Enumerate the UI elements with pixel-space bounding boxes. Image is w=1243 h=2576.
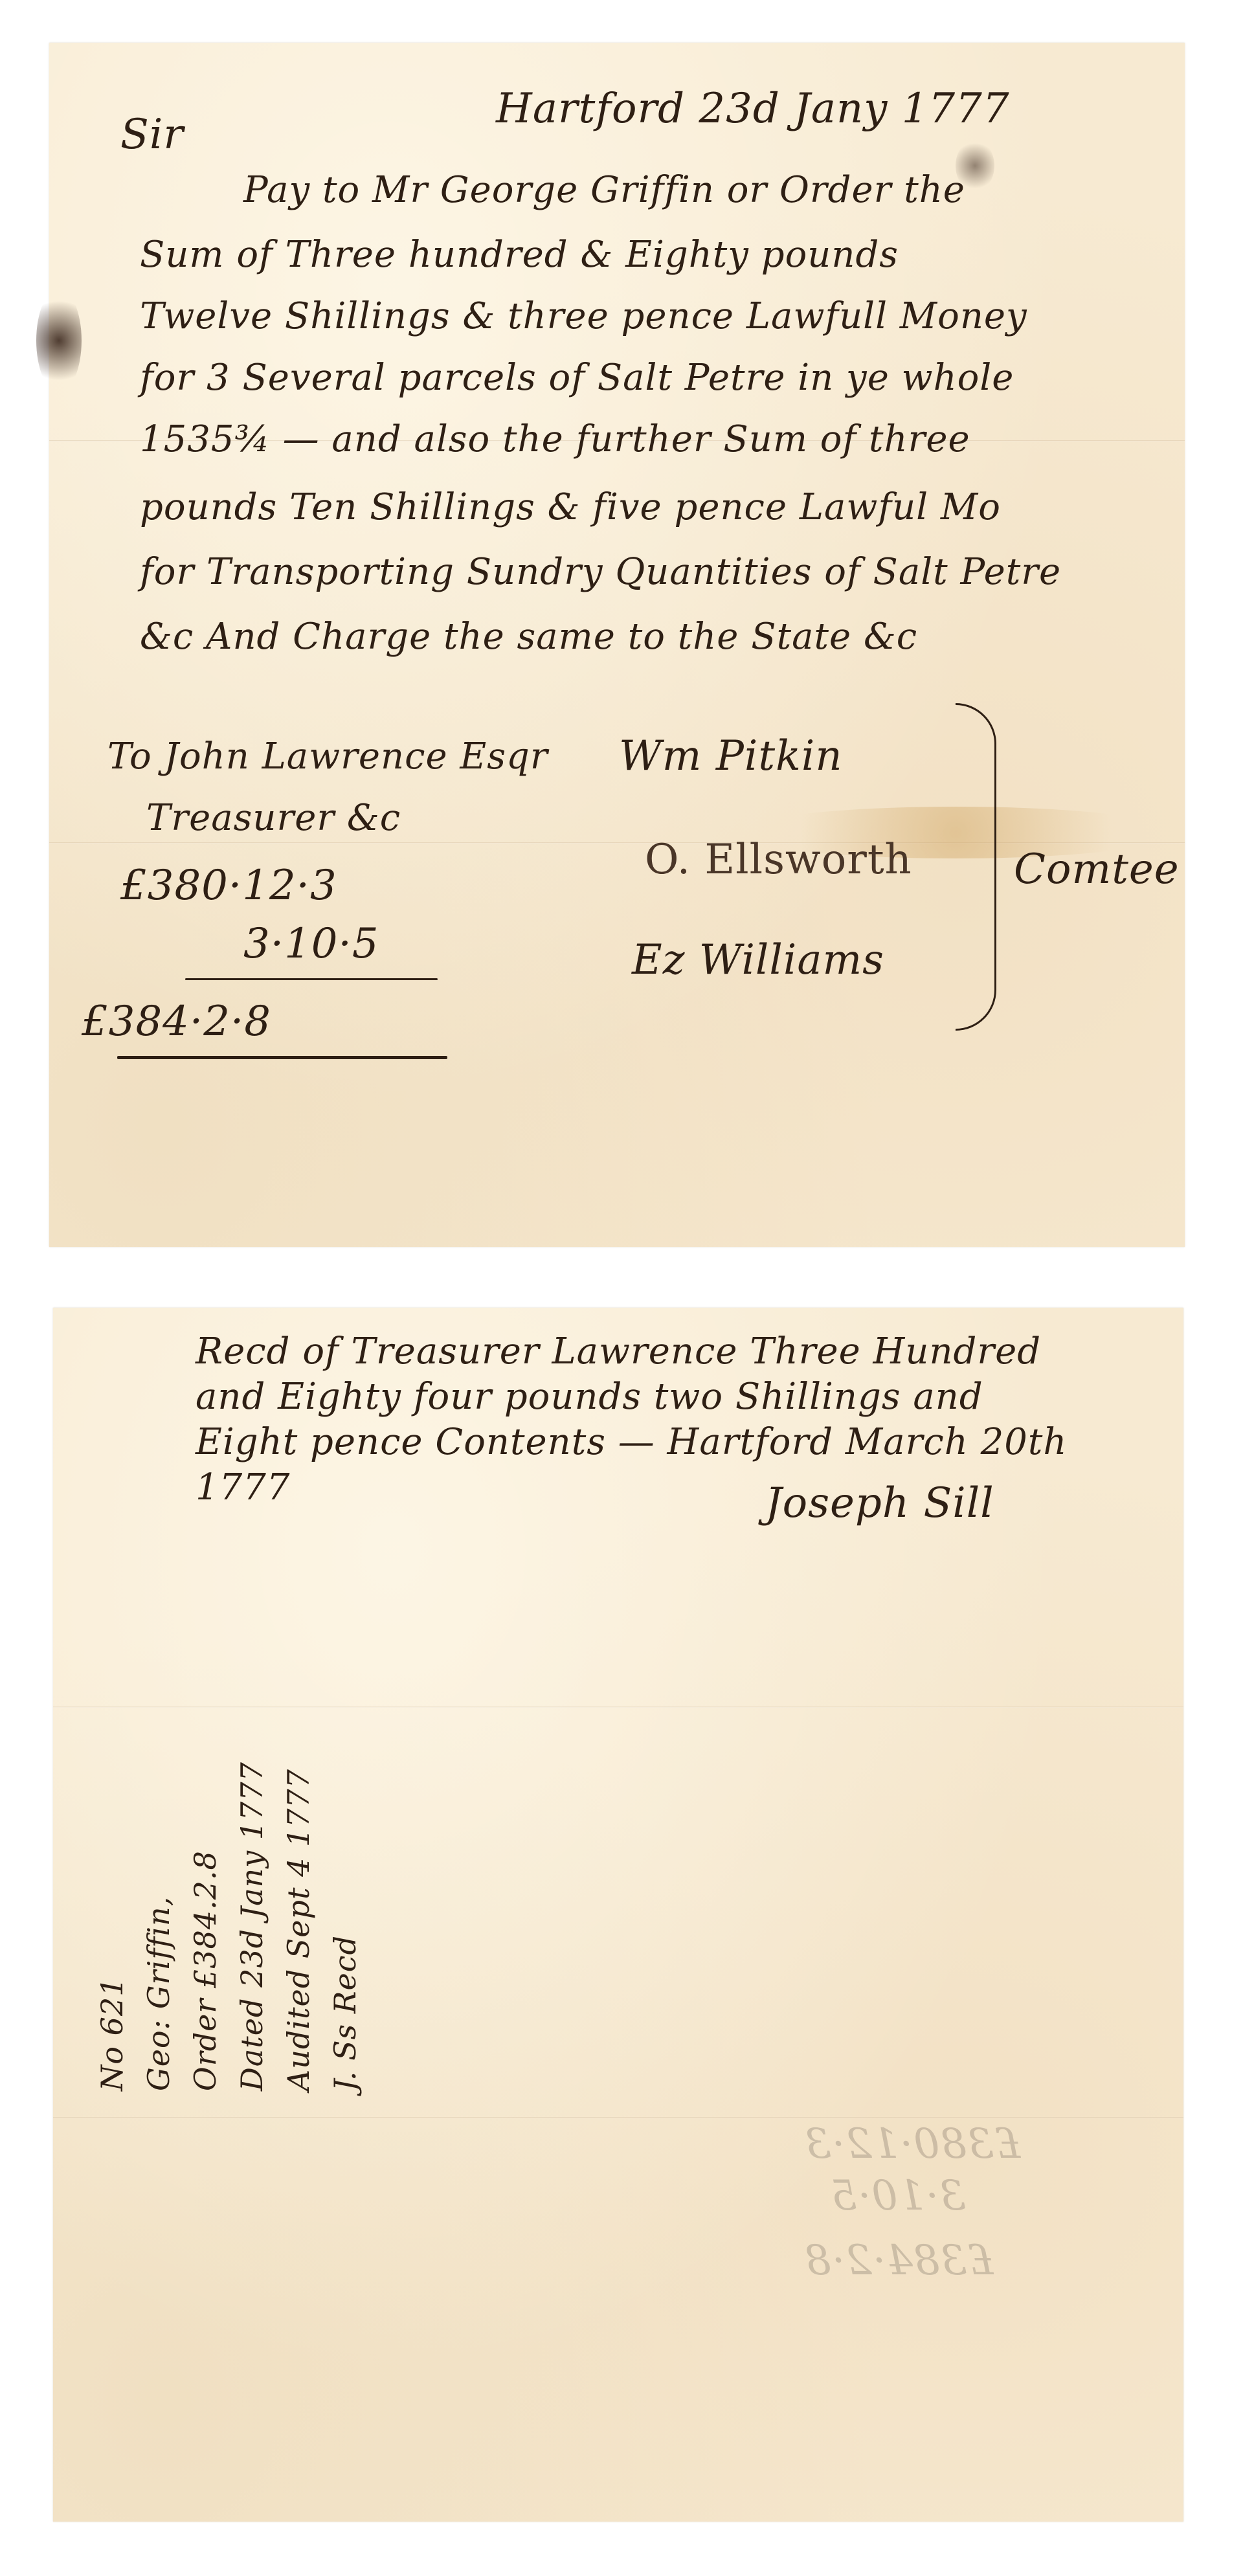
receipt-line: and Eighty four pounds two Shillings and — [196, 1379, 983, 1415]
docket-line: Order £384.2.8 — [190, 1762, 220, 2091]
receipt-signature: Joseph Sill — [765, 1483, 994, 1524]
body-line: Pay to Mr George Griffin or Order the — [243, 172, 965, 208]
docket-annotation: No 621 Geo: Griffin, Order £384.2.8 Date… — [97, 1762, 377, 2091]
account-total: £384·2·8 — [82, 1001, 271, 1042]
docket-line: Audited Sept 4 1777 — [284, 1762, 313, 2091]
document-front-page: Hartford 23d Jany 1777 Sir Pay to Mr Geo… — [49, 43, 1185, 1247]
addressee-title: Treasurer &c — [146, 800, 401, 836]
account-line-2: 3·10·5 — [243, 923, 379, 965]
docket-number: No 621 — [97, 1762, 127, 2091]
docket-line: Geo: Griffin, — [144, 1762, 174, 2091]
body-line: for Transporting Sundry Quantities of Sa… — [140, 554, 1061, 590]
receipt-year: 1777 — [196, 1470, 291, 1506]
signature-williams: Ez Williams — [632, 939, 884, 981]
account-line-1: £380·12·3 — [120, 865, 337, 906]
ink-blot — [36, 289, 82, 392]
body-line: &c And Charge the same to the State &c — [140, 619, 917, 655]
total-underline — [117, 1056, 447, 1059]
dateline: Hartford 23d Jany 1777 — [496, 88, 1010, 129]
body-line: Sum of Three hundred & Eighty pounds — [140, 237, 899, 273]
body-line: for 3 Several parcels of Salt Petre in y… — [140, 360, 1014, 396]
receipt-line: Recd of Treasurer Lawrence Three Hundred — [196, 1334, 1041, 1370]
body-line: pounds Ten Shillings & five pence Lawful… — [140, 489, 1001, 526]
signature-pitkin: Wm Pitkin — [619, 735, 843, 777]
sum-rule — [185, 978, 438, 980]
salutation: Sir — [120, 114, 184, 155]
bleed-through-line: £380·12·3 — [804, 2123, 1021, 2165]
fold-line — [53, 2117, 1183, 2118]
body-line: 1535¾ — and also the further Sum of thre… — [140, 421, 970, 458]
committee-brace — [956, 703, 996, 1031]
receipt-line: Eight pence Contents — Hartford March 20… — [196, 1424, 1067, 1461]
addressee-name: To John Lawrence Esqr — [107, 739, 548, 775]
body-line: Twelve Shillings & three pence Lawfull M… — [140, 298, 1027, 335]
fold-line — [53, 1707, 1183, 1708]
bleed-through-line: 3·10·5 — [830, 2175, 966, 2217]
bleed-through-total: £384·2·8 — [804, 2240, 994, 2281]
docket-line: Dated 23d Jany 1777 — [237, 1762, 267, 2091]
docket-line: J. Ss Recd — [330, 1762, 360, 2091]
signature-ellsworth: O. Ellsworth — [645, 839, 912, 880]
committee-label: Comtee — [1014, 849, 1180, 890]
